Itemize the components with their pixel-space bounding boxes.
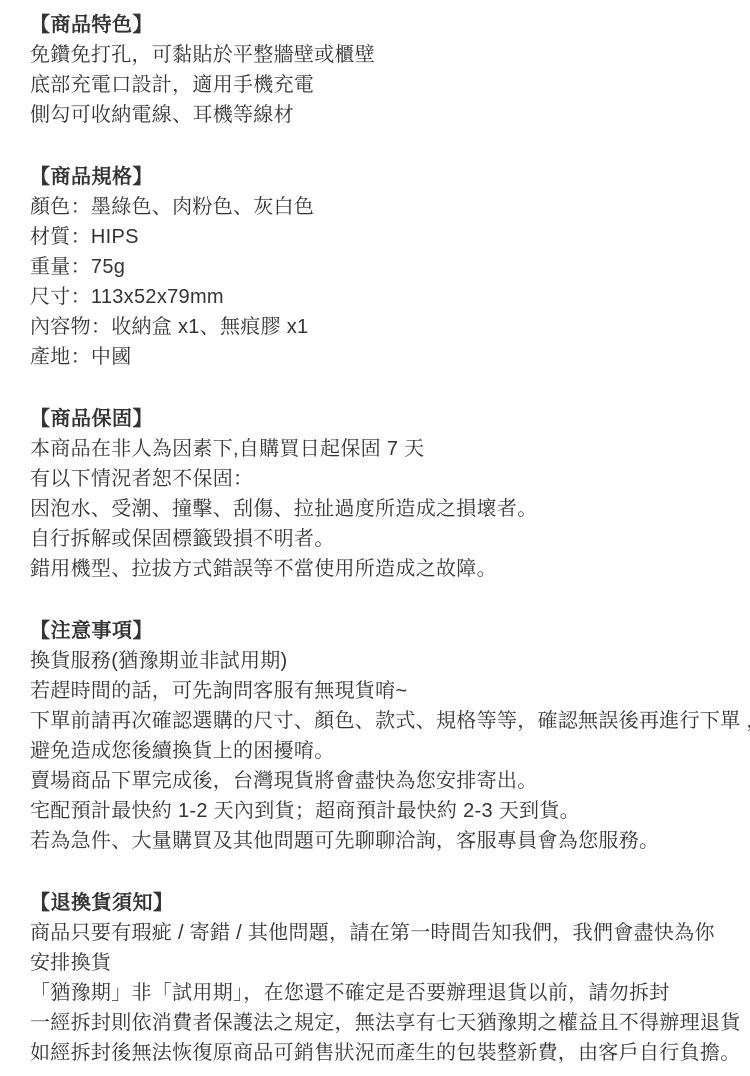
text-line: 本商品在非人為因素下,自購買日起保固 7 天: [30, 434, 722, 464]
section-heading: 【商品特色】: [30, 10, 722, 40]
section-product-features: 【商品特色】 免鑽免打孔，可黏貼於平整牆壁或櫃壁 底部充電口設計，適用手機充電 …: [30, 10, 722, 130]
text-line: 如經拆封後無法恢復原商品可銷售狀況而產生的包裝整新費，由客戶自行負擔。: [30, 1038, 722, 1068]
section-product-warranty: 【商品保固】 本商品在非人為因素下,自購買日起保固 7 天 有以下情況者恕不保固…: [30, 404, 722, 584]
spec-color: 顏色：墨綠色、肉粉色、灰白色: [30, 192, 722, 222]
section-heading: 【注意事項】: [30, 616, 722, 646]
section-product-specs: 【商品規格】 顏色：墨綠色、肉粉色、灰白色 材質：HIPS 重量：75g 尺寸：…: [30, 162, 722, 372]
text-line: 換貨服務(猶豫期並非試用期): [30, 646, 722, 676]
product-description-page: 【商品特色】 免鑽免打孔，可黏貼於平整牆壁或櫃壁 底部充電口設計，適用手機充電 …: [0, 0, 750, 1076]
text-line: 安排換貨: [30, 948, 722, 978]
text-line: 自行拆解或保固標籤毀損不明者。: [30, 524, 722, 554]
text-line: 「猶豫期」非「試用期」，在您還不確定是否要辦理退貨以前，請勿拆封: [30, 978, 722, 1008]
text-line: 有以下情況者恕不保固：: [30, 464, 722, 494]
text-line: 賣場商品下單完成後，台灣現貨將會盡快為您安排寄出。: [30, 766, 722, 796]
text-line: 下單前請再次確認選購的尺寸、顏色、款式、規格等等，確認無誤後再進行下單 ，: [30, 706, 722, 736]
section-heading: 【退換貨須知】: [30, 888, 722, 918]
text-line: 一經拆封則依消費者保護法之規定，無法享有七天猶豫期之權益且不得辦理退貨: [30, 1008, 722, 1038]
spec-dimensions: 尺寸：113x52x79mm: [30, 282, 722, 312]
section-heading: 【商品保固】: [30, 404, 722, 434]
text-line: 側勾可收納電線、耳機等線材: [30, 100, 722, 130]
section-notices: 【注意事項】 換貨服務(猶豫期並非試用期) 若趕時間的話，可先詢問客服有無現貨唷…: [30, 616, 722, 856]
text-line: 宅配預計最快約 1-2 天內到貨；超商預計最快約 2-3 天到貨。: [30, 796, 722, 826]
spec-weight: 重量：75g: [30, 252, 722, 282]
text-line: 若為急件、大量購買及其他問題可先聊聊洽詢，客服專員會為您服務。: [30, 826, 722, 856]
text-line: 錯用機型、拉拔方式錯誤等不當使用所造成之故障。: [30, 554, 722, 584]
spec-contents: 內容物：收納盒 x1、無痕膠 x1: [30, 312, 722, 342]
text-line: 因泡水、受潮、撞擊、刮傷、拉扯過度所造成之損壞者。: [30, 494, 722, 524]
text-line: 免鑽免打孔，可黏貼於平整牆壁或櫃壁: [30, 40, 722, 70]
spec-material: 材質：HIPS: [30, 222, 722, 252]
text-line: 商品只要有瑕疵 / 寄錯 / 其他問題，請在第一時間告知我們，我們會盡快為你: [30, 918, 722, 948]
text-line: 若趕時間的話，可先詢問客服有無現貨唷~: [30, 676, 722, 706]
section-heading: 【商品規格】: [30, 162, 722, 192]
text-line: 避免造成您後續換貨上的困擾唷。: [30, 736, 722, 766]
spec-origin: 產地：中國: [30, 342, 722, 372]
text-line: 底部充電口設計，適用手機充電: [30, 70, 722, 100]
section-return-policy: 【退換貨須知】 商品只要有瑕疵 / 寄錯 / 其他問題，請在第一時間告知我們，我…: [30, 888, 722, 1068]
